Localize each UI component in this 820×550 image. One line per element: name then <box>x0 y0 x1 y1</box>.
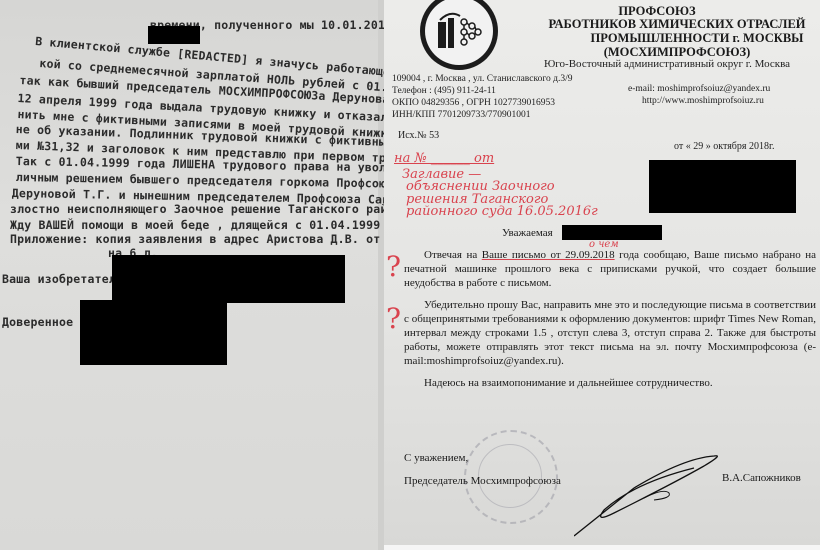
org-district: Юго-Восточный административный округ г. … <box>544 58 790 70</box>
handwritten-note: на № ______ от <box>394 152 494 165</box>
question-mark-annotation: ? <box>386 250 401 283</box>
org-header: РАБОТНИКОВ ХИМИЧЕСКИХ ОТРАСЛЕЙ <box>514 17 820 31</box>
address: 109004 , г. Москва , ул. Станиславского … <box>392 73 572 85</box>
typed-line: Жду ВАШЕЙ помощи в моей беде , длящейся … <box>10 218 384 232</box>
redaction-box <box>649 160 796 213</box>
signature-icon <box>574 448 724 538</box>
redaction-box <box>80 300 227 365</box>
typewritten-letter: времени, полученного мы 10.01.2019 года.… <box>0 0 384 550</box>
page-bottom-edge <box>384 545 820 550</box>
salutation: Уважаемая <box>502 227 553 239</box>
reference-number: Исх.№ 53 <box>398 130 439 141</box>
letter-date: от « 29 » октября 2018г. <box>674 141 774 152</box>
org-header: ПРОФСОЮЗ <box>494 4 820 18</box>
paragraph: Отвечая на Ваше письмо от 29.09.2018 год… <box>404 248 816 290</box>
redaction-box <box>112 255 345 303</box>
org-header: ПРОМЫШЛЕННОСТИ г. МОСКВЫ <box>534 31 820 45</box>
paragraph: Убедительно прошу Вас, направить мне это… <box>404 298 816 368</box>
closing: С уважением, <box>404 452 468 464</box>
paragraph: Надеюсь на взаимопонимание и дальнейшее … <box>404 376 816 390</box>
signer-name: В.А.Сапожников <box>722 472 801 484</box>
underlined-reference: Ваше письмо от 29.09.2018 <box>482 249 615 261</box>
redaction-box <box>148 26 200 44</box>
phone: Телефон : (495) 911-24-11 <box>392 85 572 97</box>
inn-kpp: ИНН/КПП 7701209733/770901001 <box>392 109 572 121</box>
website: http://www.moshimprofsoiuz.ru <box>628 95 770 107</box>
union-logo-icon <box>420 0 498 70</box>
chair-title: Председатель Мосхимпрофсоюза <box>404 475 561 487</box>
email: e-mail: moshimprofsoiuz@yandex.ru <box>628 83 770 95</box>
question-mark-annotation: ? <box>386 302 401 335</box>
handwritten-note: районного суда 16.05.2016г <box>406 205 598 218</box>
official-letter: ПРОФСОЮЗ РАБОТНИКОВ ХИМИЧЕСКИХ ОТРАСЛЕЙ … <box>384 0 820 550</box>
typed-line: Приложение: копия заявления в адрес Арис… <box>10 232 384 246</box>
okpo-ogrn: ОКПО 04829356 , ОГРН 1027739016953 <box>392 97 572 109</box>
typed-line: злостно неисполняющего Заочное решение Т… <box>10 202 384 216</box>
redaction-box <box>562 225 662 240</box>
contact-block-right: e-mail: moshimprofsoiuz@yandex.ru http:/… <box>628 83 770 107</box>
contact-block-left: 109004 , г. Москва , ул. Станиславского … <box>392 73 572 121</box>
org-header: (МОСХИМПРОФСОЮЗ) <box>514 45 820 59</box>
